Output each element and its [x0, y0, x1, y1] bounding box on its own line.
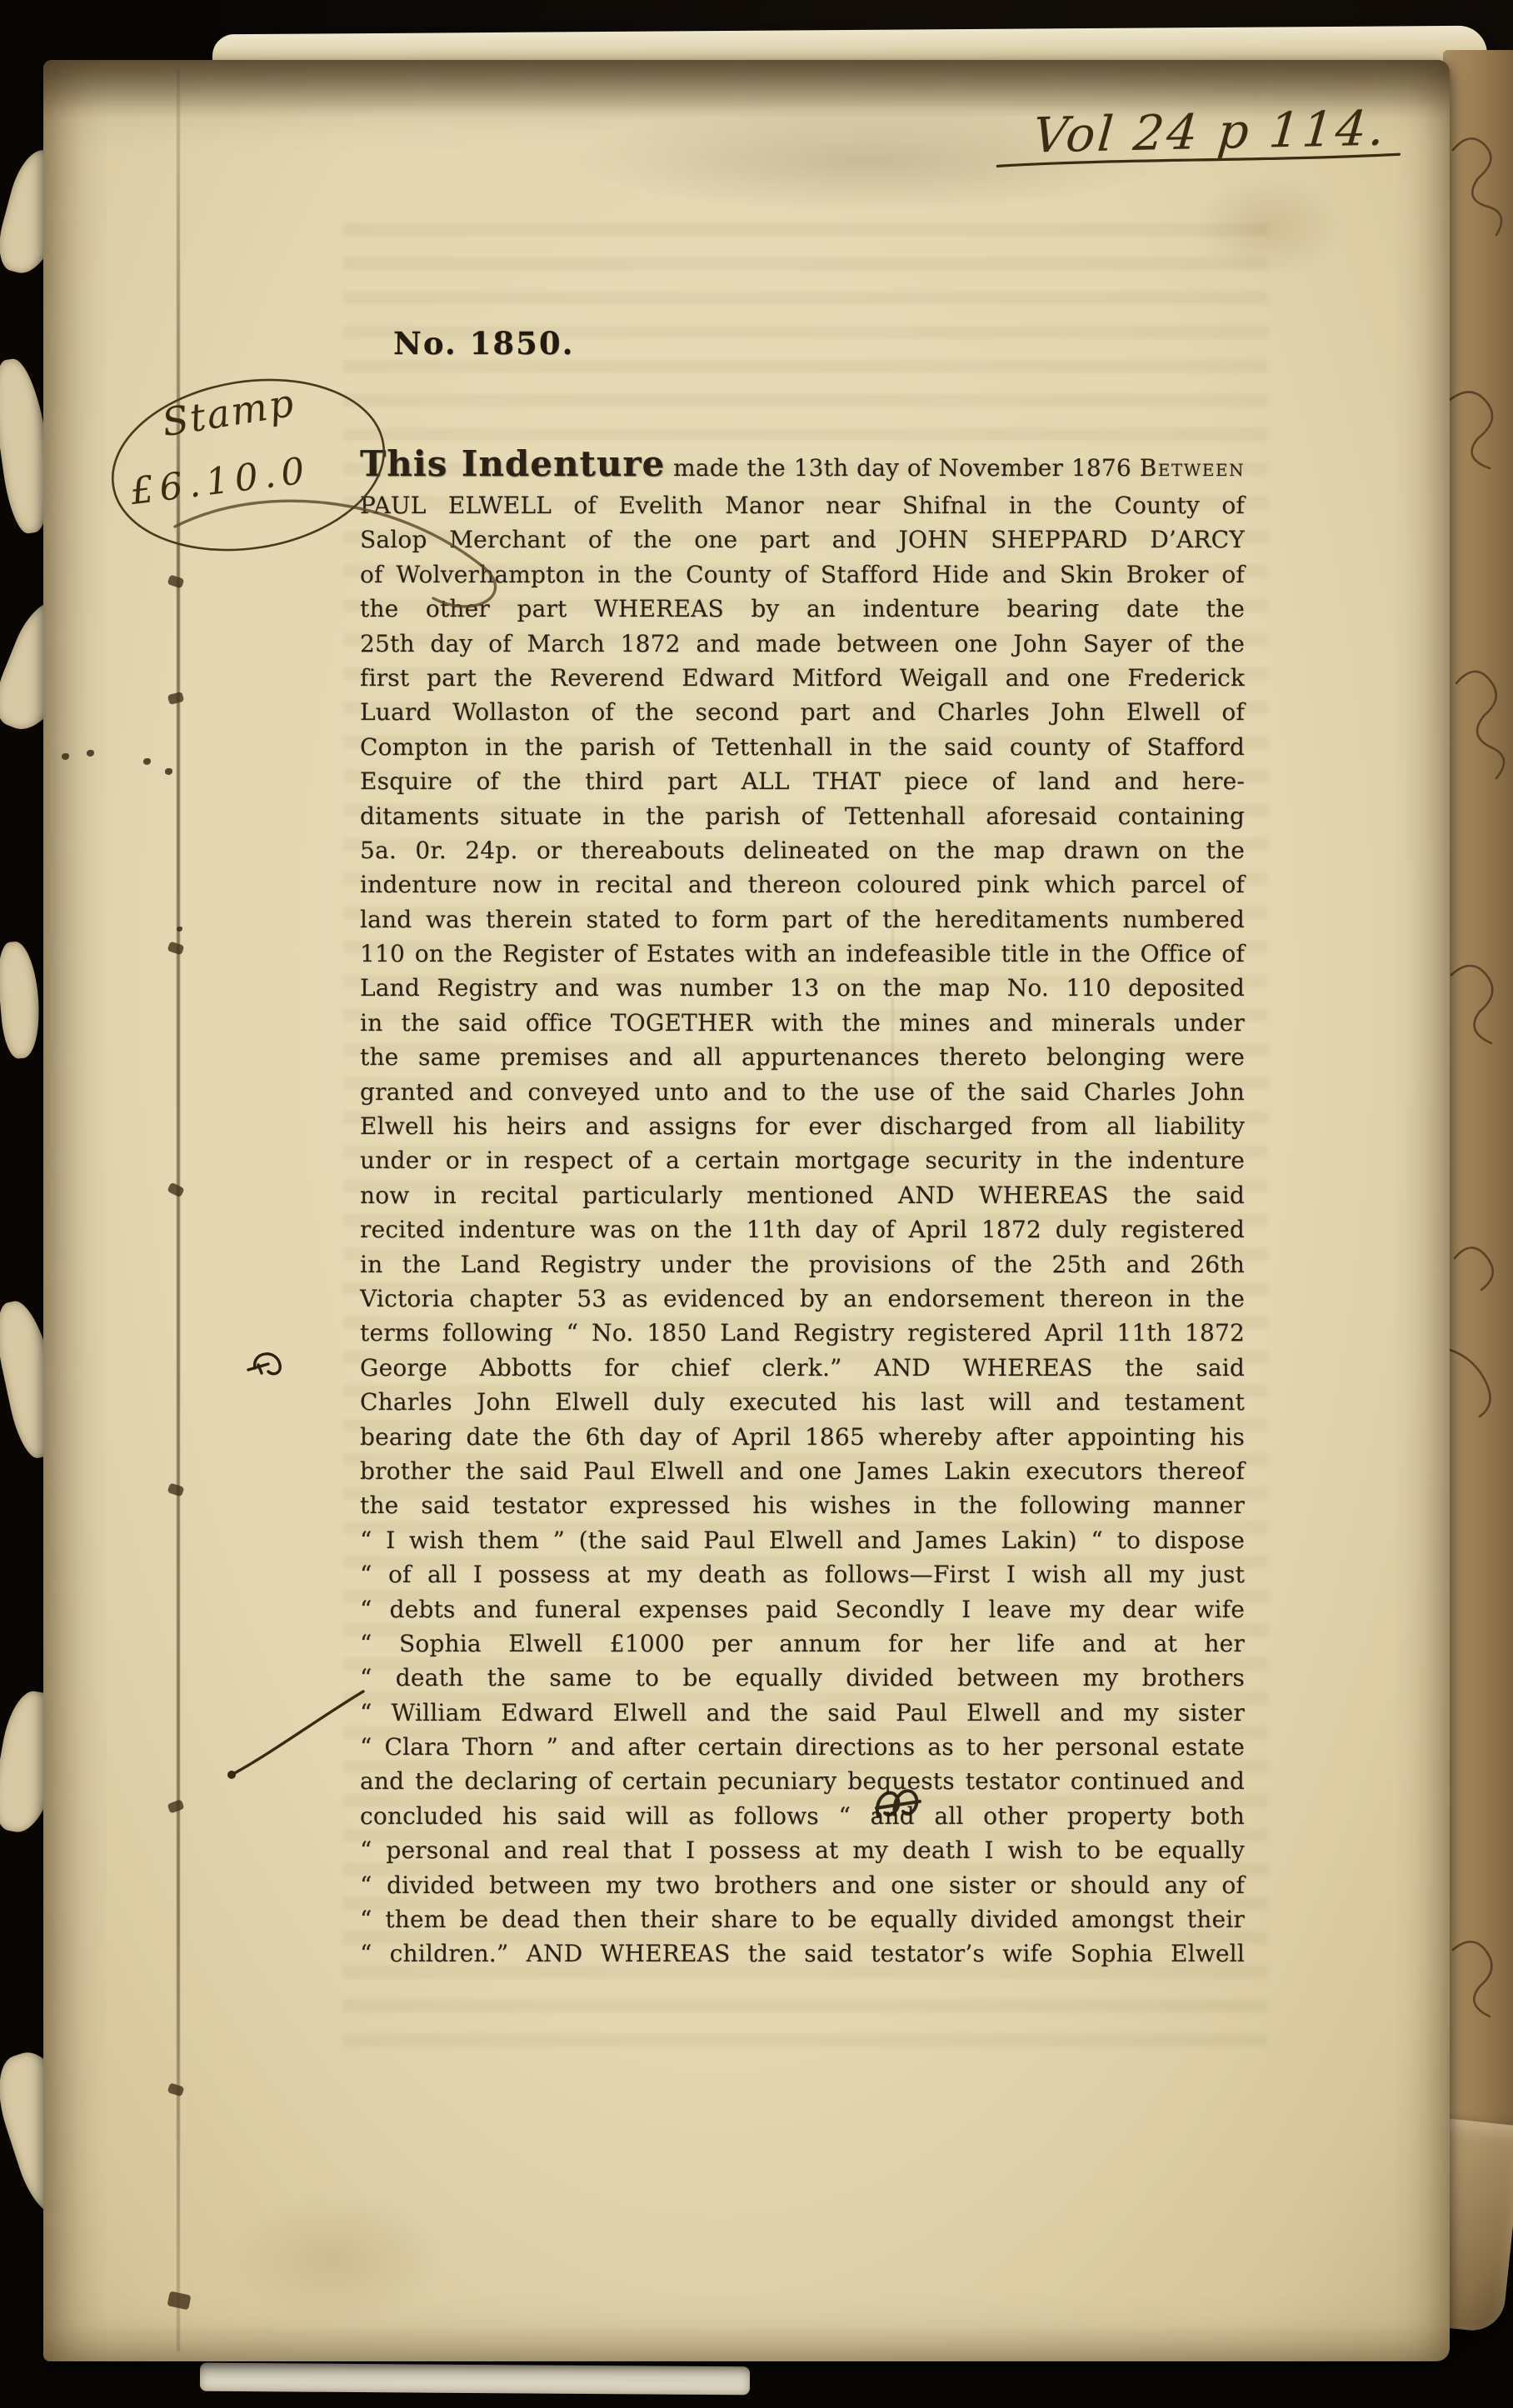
deed-line-17: in the said office TOGETHER with the min… — [360, 1006, 1245, 1040]
document-number: No. 1850. — [393, 325, 574, 362]
worm-hole — [87, 750, 94, 757]
deed-line-10: Esquire of the third part ALL THAT piece… — [360, 764, 1245, 798]
deed-line-44: “ children.” AND WHEREAS the said testat… — [360, 1936, 1245, 1971]
deed-line-32: “ I wish them ” (the said Paul Elwell an… — [360, 1523, 1245, 1557]
stain — [1193, 177, 1343, 277]
deed-line-21: under or in respect of a certain mortgag… — [360, 1143, 1245, 1177]
paper-sliver-bottom — [200, 2363, 750, 2396]
stitch-knot — [167, 2291, 191, 2310]
deed-line-43: “ them be dead then their share to be eq… — [360, 1902, 1245, 1936]
deed-line-16: Land Registry and was number 13 on the m… — [360, 971, 1245, 1005]
deed-line-8: Luard Wollaston of the second part and C… — [360, 695, 1245, 729]
stain — [227, 2193, 443, 2326]
handwriting-scribbles — [1443, 50, 1513, 2166]
deed-line-7: first part the Reverend Edward Mitford W… — [360, 661, 1245, 695]
deed-line-22: now in recital particularly mentioned AN… — [360, 1178, 1245, 1212]
deed-line-9: Compton in the parish of Tettenhall in t… — [360, 730, 1245, 764]
opening-rest: made the 13th day of November 1876 — [665, 454, 1139, 482]
deed-line-19: granted and conveyed unto and to the use… — [360, 1075, 1245, 1109]
deed-line-24: in the Land Registry under the provision… — [360, 1247, 1245, 1281]
deed-line-34: “ debts and funeral expenses paid Second… — [360, 1592, 1245, 1626]
deed-line-25: Victoria chapter 53 as evidenced by an e… — [360, 1281, 1245, 1316]
deed-line-40: concluded his said will as follows “ and… — [360, 1799, 1245, 1833]
stitch-thread — [167, 942, 185, 956]
deed-line-15: 110 on the Register of Estates with an i… — [360, 937, 1245, 971]
deed-line-11: ditaments situate in the parish of Tette… — [360, 799, 1245, 833]
worm-hole — [165, 768, 172, 775]
volume-page-annotation: Vol 24 p 114. — [982, 98, 1437, 169]
handwritten-sheet-right — [1443, 50, 1513, 2166]
deed-line-26: terms following “ No. 1850 Land Registry… — [360, 1316, 1245, 1350]
deed-body-text: This Indenture made the 13th day of Nove… — [360, 443, 1245, 1971]
stitch-thread — [167, 692, 184, 705]
ink-correction-scribble — [871, 1783, 925, 1823]
deed-line-42: “ divided between my two brothers and on… — [360, 1868, 1245, 1902]
deed-line-30: brother the said Paul Elwell and one Jam… — [360, 1454, 1245, 1488]
stitch-thread — [167, 1483, 185, 1497]
volume-annotation-text: Vol 24 p 114. — [1031, 99, 1389, 163]
stitch-thread — [167, 1799, 184, 1813]
deed-body-lines: PAUL ELWELL of Evelith Manor near Shifna… — [360, 488, 1245, 1971]
deed-line-27: George Abbotts for chief clerk.” AND WHE… — [360, 1351, 1245, 1385]
worm-hole — [62, 753, 69, 760]
stitch-thread — [167, 1182, 184, 1198]
deed-line-35: “ Sophia Elwell £1000 per annum for her … — [360, 1626, 1245, 1661]
opening-between: Between — [1140, 454, 1245, 482]
deed-line-41: “ personal and real that I possess at my… — [360, 1833, 1245, 1867]
deed-line-31: the said testator expressed his wishes i… — [360, 1488, 1245, 1522]
deed-line-20: Elwell his heirs and assigns for ever di… — [360, 1109, 1245, 1143]
deed-line-39: and the declaring of certain pecuniary b… — [360, 1764, 1245, 1798]
worm-hole — [177, 927, 182, 932]
deed-line-12: 5a. 0r. 24p. or thereabouts delineated o… — [360, 833, 1245, 867]
stamp-annotation: Stamp £6.10.0 — [102, 367, 393, 567]
deed-line-37: “ William Edward Elwell and the said Pau… — [360, 1696, 1245, 1730]
deed-line-23: recited indenture was on the 11th day of… — [360, 1212, 1245, 1246]
deed-line-36: “ death the same to be equally divided b… — [360, 1661, 1245, 1695]
insertion-caret-mark — [243, 1343, 293, 1393]
deed-line-29: bearing date the 6th day of April 1865 w… — [360, 1420, 1245, 1454]
worm-hole — [143, 758, 151, 765]
scanned-archive-photo: { "page": { "volume_annotation": "Vol 24… — [0, 0, 1513, 2408]
stitch-thread — [167, 2083, 185, 2097]
deed-line-14: land was therein stated to form part of … — [360, 902, 1245, 937]
deed-line-18: the same premises and all appurtenances … — [360, 1040, 1245, 1074]
document-page: Vol 24 p 114. No. 1850. Stamp £6.10.0 Th… — [43, 60, 1450, 2361]
deed-line-28: Charles John Elwell duly executed his la… — [360, 1385, 1245, 1419]
deed-line-33: “ of all I possess at my death as follow… — [360, 1557, 1245, 1591]
deed-line-38: “ Clara Thorn ” and after certain direct… — [360, 1730, 1245, 1764]
diagonal-pen-stroke — [222, 1676, 372, 1785]
torn-paper-fragment — [0, 940, 43, 1059]
deed-line-13: indenture now in recital and thereon col… — [360, 867, 1245, 902]
